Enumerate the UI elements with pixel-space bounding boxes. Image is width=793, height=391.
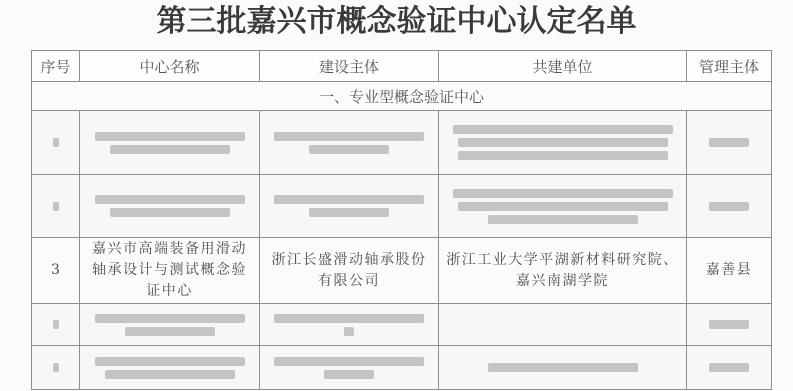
section-heading-row: 一、专业型概念验证中心: [32, 82, 772, 111]
document-title: 第三批嘉兴市概念验证中心认定名单: [0, 2, 793, 42]
seq-cell-blurred: [32, 346, 80, 390]
manager-cell: 嘉善县: [687, 238, 772, 304]
column-header-manager: 管理主体: [687, 51, 772, 82]
name-cell-blurred: [80, 304, 260, 346]
column-header-partners: 共建单位: [439, 51, 687, 82]
partners-cell-blurred: [439, 304, 687, 346]
name-cell-blurred: [80, 175, 260, 238]
column-header-seq: 序号: [32, 51, 80, 82]
seq-cell-blurred: [32, 304, 80, 346]
manager-cell-blurred: [687, 111, 772, 175]
manager-cell-blurred: [687, 175, 772, 238]
builder-cell-blurred: [260, 175, 439, 238]
partners-cell: 浙江工业大学平湖新材料研究院、嘉兴南湖学院: [439, 238, 687, 304]
table-row-blurred: [32, 175, 772, 238]
table-row-blurred: [32, 346, 772, 390]
table-header-row: 序号 中心名称 建设主体 共建单位 管理主体: [32, 51, 772, 82]
seq-cell-blurred: [32, 175, 80, 238]
section-heading: 一、专业型概念验证中心: [32, 82, 772, 111]
partners-cell-blurred: [439, 346, 687, 390]
builder-cell-blurred: [260, 304, 439, 346]
roster-table: 序号 中心名称 建设主体 共建单位 管理主体 一、专业型概念验证中心: [31, 50, 772, 390]
column-header-name: 中心名称: [80, 51, 260, 82]
partners-cell-blurred: [439, 111, 687, 175]
partners-cell-blurred: [439, 175, 687, 238]
column-header-builder: 建设主体: [260, 51, 439, 82]
table-row-blurred: [32, 111, 772, 175]
builder-cell: 浙江长盛滑动轴承股份有限公司: [260, 238, 439, 304]
builder-cell-blurred: [260, 346, 439, 390]
manager-cell-blurred: [687, 346, 772, 390]
seq-cell: 3: [32, 238, 80, 304]
table-row: 3 嘉兴市高端装备用滑动轴承设计与测试概念验证中心 浙江长盛滑动轴承股份有限公司…: [32, 238, 772, 304]
table-row-blurred: [32, 304, 772, 346]
center-name-cell: 嘉兴市高端装备用滑动轴承设计与测试概念验证中心: [80, 238, 260, 304]
builder-cell-blurred: [260, 111, 439, 175]
name-cell-blurred: [80, 111, 260, 175]
seq-cell-blurred: [32, 111, 80, 175]
name-cell-blurred: [80, 346, 260, 390]
manager-cell-blurred: [687, 304, 772, 346]
